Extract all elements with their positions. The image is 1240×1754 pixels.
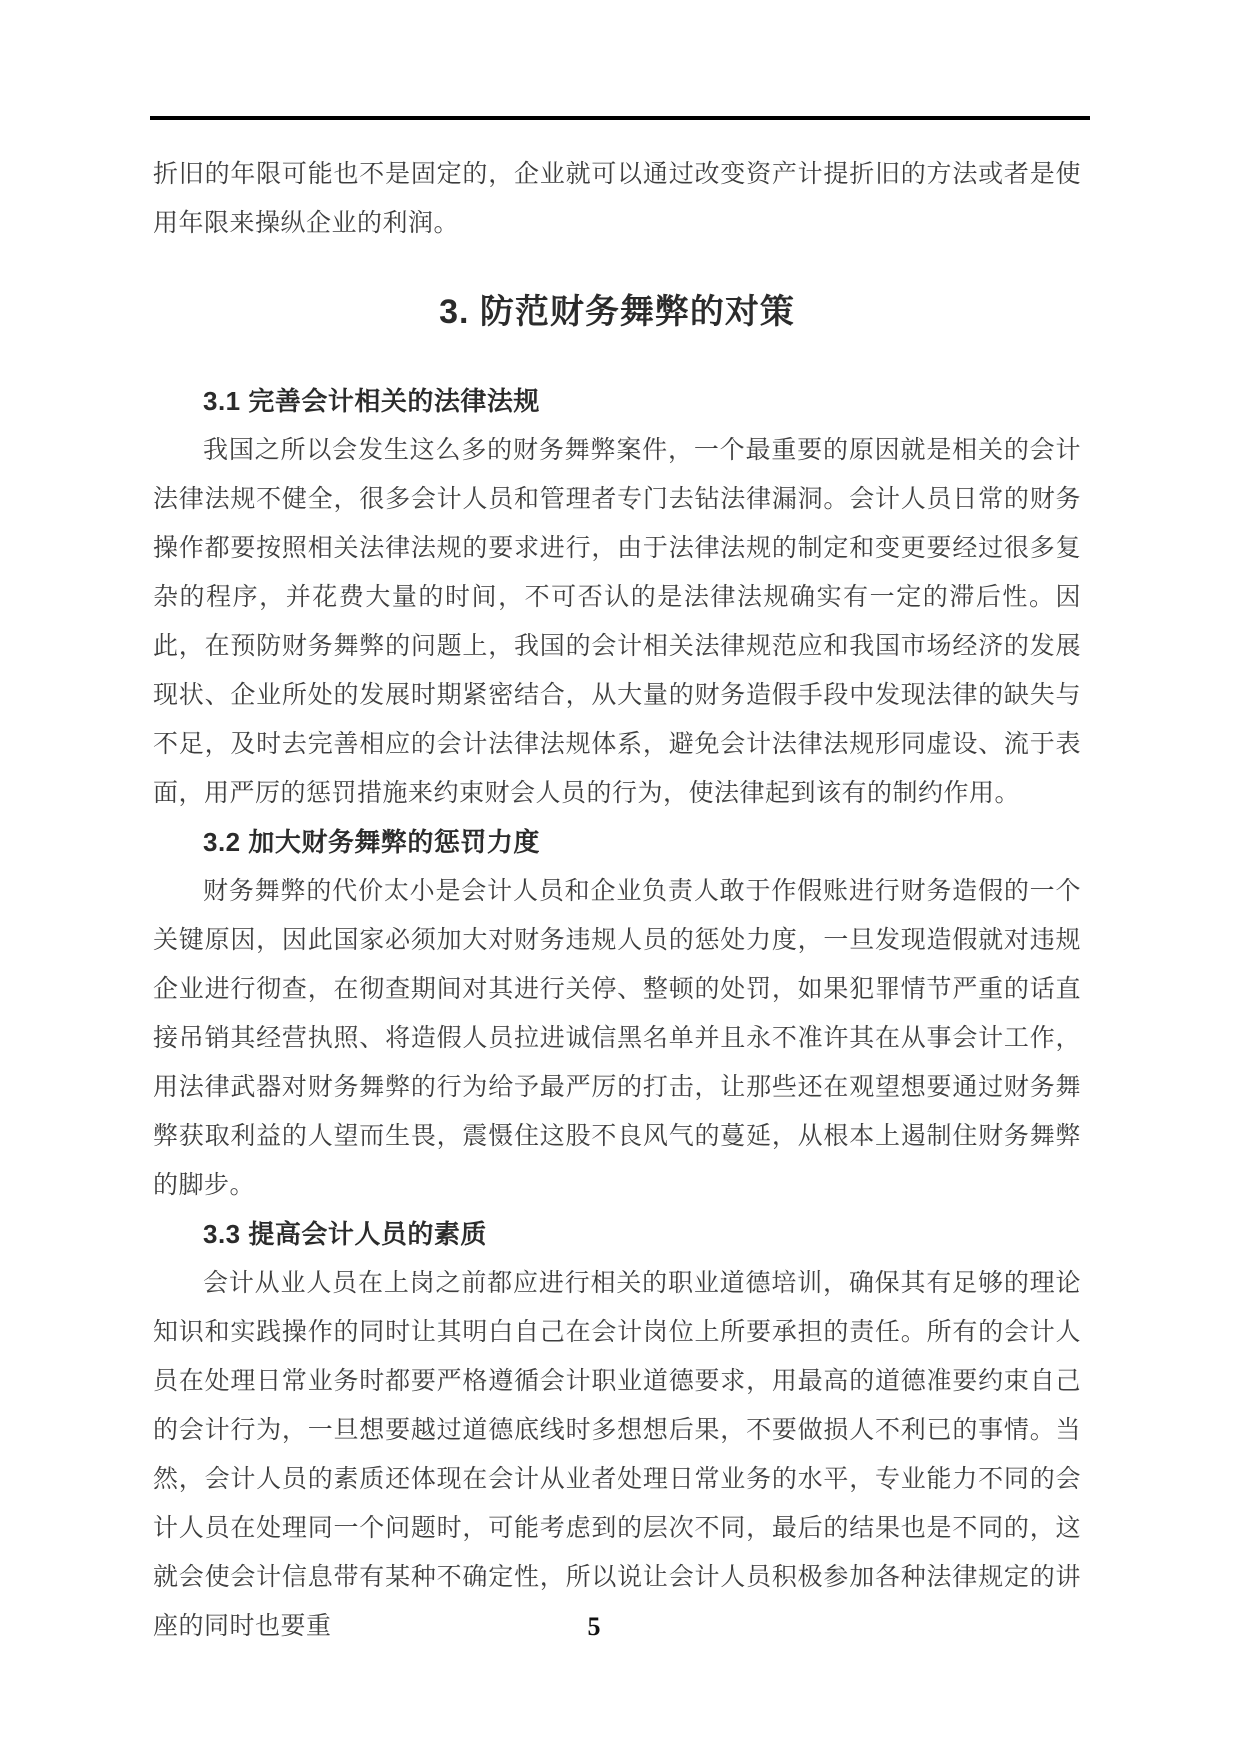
- header-rule: [150, 116, 1090, 120]
- document-page: 折旧的年限可能也不是固定的，企业就可以通过改变资产计提折旧的方法或者是使用年限来…: [0, 0, 1240, 1754]
- section-heading-3-1: 3.1 完善会计相关的法律法规: [153, 377, 1081, 426]
- section-heading-3-3: 3.3 提高会计人员的素质: [153, 1210, 1081, 1259]
- chapter-heading: 3. 防范财务舞弊的对策: [153, 288, 1081, 336]
- section-paragraph-3-3: 会计从业人员在上岗之前都应进行相关的职业道德培训，确保其有足够的理论知识和实践操…: [153, 1259, 1081, 1651]
- section-paragraph-3-1: 我国之所以会发生这么多的财务舞弊案件，一个最重要的原因就是相关的会计法律法规不健…: [153, 426, 1081, 818]
- continued-paragraph: 折旧的年限可能也不是固定的，企业就可以通过改变资产计提折旧的方法或者是使用年限来…: [153, 150, 1081, 248]
- section-heading-3-2: 3.2 加大财务舞弊的惩罚力度: [153, 818, 1081, 867]
- page-content: 折旧的年限可能也不是固定的，企业就可以通过改变资产计提折旧的方法或者是使用年限来…: [153, 150, 1081, 1651]
- page-number: 5: [0, 1612, 1188, 1642]
- section-paragraph-3-2: 财务舞弊的代价太小是会计人员和企业负责人敢于作假账进行财务造假的一个关键原因，因…: [153, 867, 1081, 1210]
